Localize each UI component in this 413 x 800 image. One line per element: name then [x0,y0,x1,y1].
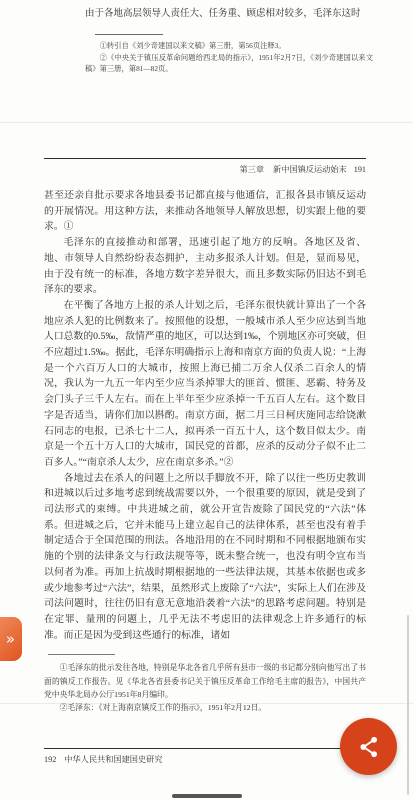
page-paragraph: 毛泽东的直接推动和部署，迅速引起了地方的反响。各地区及省、地、市领导人自然纷纷表… [44,235,366,298]
chevrons-right-icon: » [6,632,15,647]
prev-page-footnotes: ①转引自《刘少奇建国以来文稿》第三册，第56页注释3。 ②《中央关于镇压反革命问… [85,40,373,75]
page-paragraph: 在平衡了各地方上报的杀人计划之后，毛泽东很快就计算出了一个各地应杀人犯的比例数来… [44,298,366,471]
chapter-title: 新中国镇反运动始末 [273,164,347,175]
page-header-rule [44,748,366,749]
chapter-label: 第三章 [239,164,264,175]
footnote: ②《中央关于镇压反革命问题给西北局的指示》，1951年2月7日，《刘少奇建国以来… [85,52,373,75]
page-number: 192 [44,755,56,764]
home-indicator[interactable] [172,794,242,798]
page-number: 191 [354,165,366,174]
page-footnotes: ①毛泽东的批示发往各地，特别是华北各省几乎所有县市一级的书记都分别向他写出了书面… [44,661,366,714]
scrollbar[interactable] [407,615,409,795]
page-paragraph: 甚至还亲自批示要求各地县委书记都直接与他通信，汇报各县市镇反运动的开展情况。用这… [44,188,366,235]
prev-page-fragment: 由于各地高层领导人责任大、任务重、顾虑相对较多，毛泽东这时 ①转引自《刘少奇建国… [85,8,373,75]
page-191: 第三章 新中国镇反运动始末 191 甚至还亲自批示要求各地县委书记都直接与他通信… [44,158,366,714]
next-page-fragment: 192 中华人民共和国建国史研究 [44,748,366,765]
footnote: ①毛泽东的批示发往各地，特别是华北各省几乎所有县市一级的书记都分别向他写出了书面… [44,661,366,701]
share-nodes-icon [356,734,382,760]
footnote: ①转引自《刘少奇建国以来文稿》第三册，第56页注释3。 [85,40,373,52]
page-boundary [0,122,413,123]
page-paragraph: 各地过去在杀人的问题上之所以手脚放不开，除了以往一些历史教训和进城以后过多地考虑… [44,471,366,644]
footnote-divider [48,654,115,655]
footnote-divider [95,34,163,35]
page-header: 192 中华人民共和国建国史研究 [44,754,366,765]
page-header: 第三章 新中国镇反运动始末 191 [44,164,366,175]
reader-scroll-area[interactable]: 由于各地高层领导人责任大、任务重、顾虑相对较多，毛泽东这时 ①转引自《刘少奇建国… [0,0,413,800]
book-title: 中华人民共和国建国史研究 [64,754,162,765]
footnote: ②毛泽东：《对上海南京镇反工作的指示》，1951年2月12日。 [44,701,366,714]
page-header-rule [44,158,366,159]
share-button[interactable] [340,718,397,775]
expand-toolbar-tab[interactable]: » [0,617,22,661]
prev-page-body-line: 由于各地高层领导人责任大、任务重、顾虑相对较多，毛泽东这时 [85,8,373,21]
page-body: 甚至还亲自批示要求各地县委书记都直接与他通信，汇报各县市镇反运动的开展情况。用这… [44,188,366,643]
